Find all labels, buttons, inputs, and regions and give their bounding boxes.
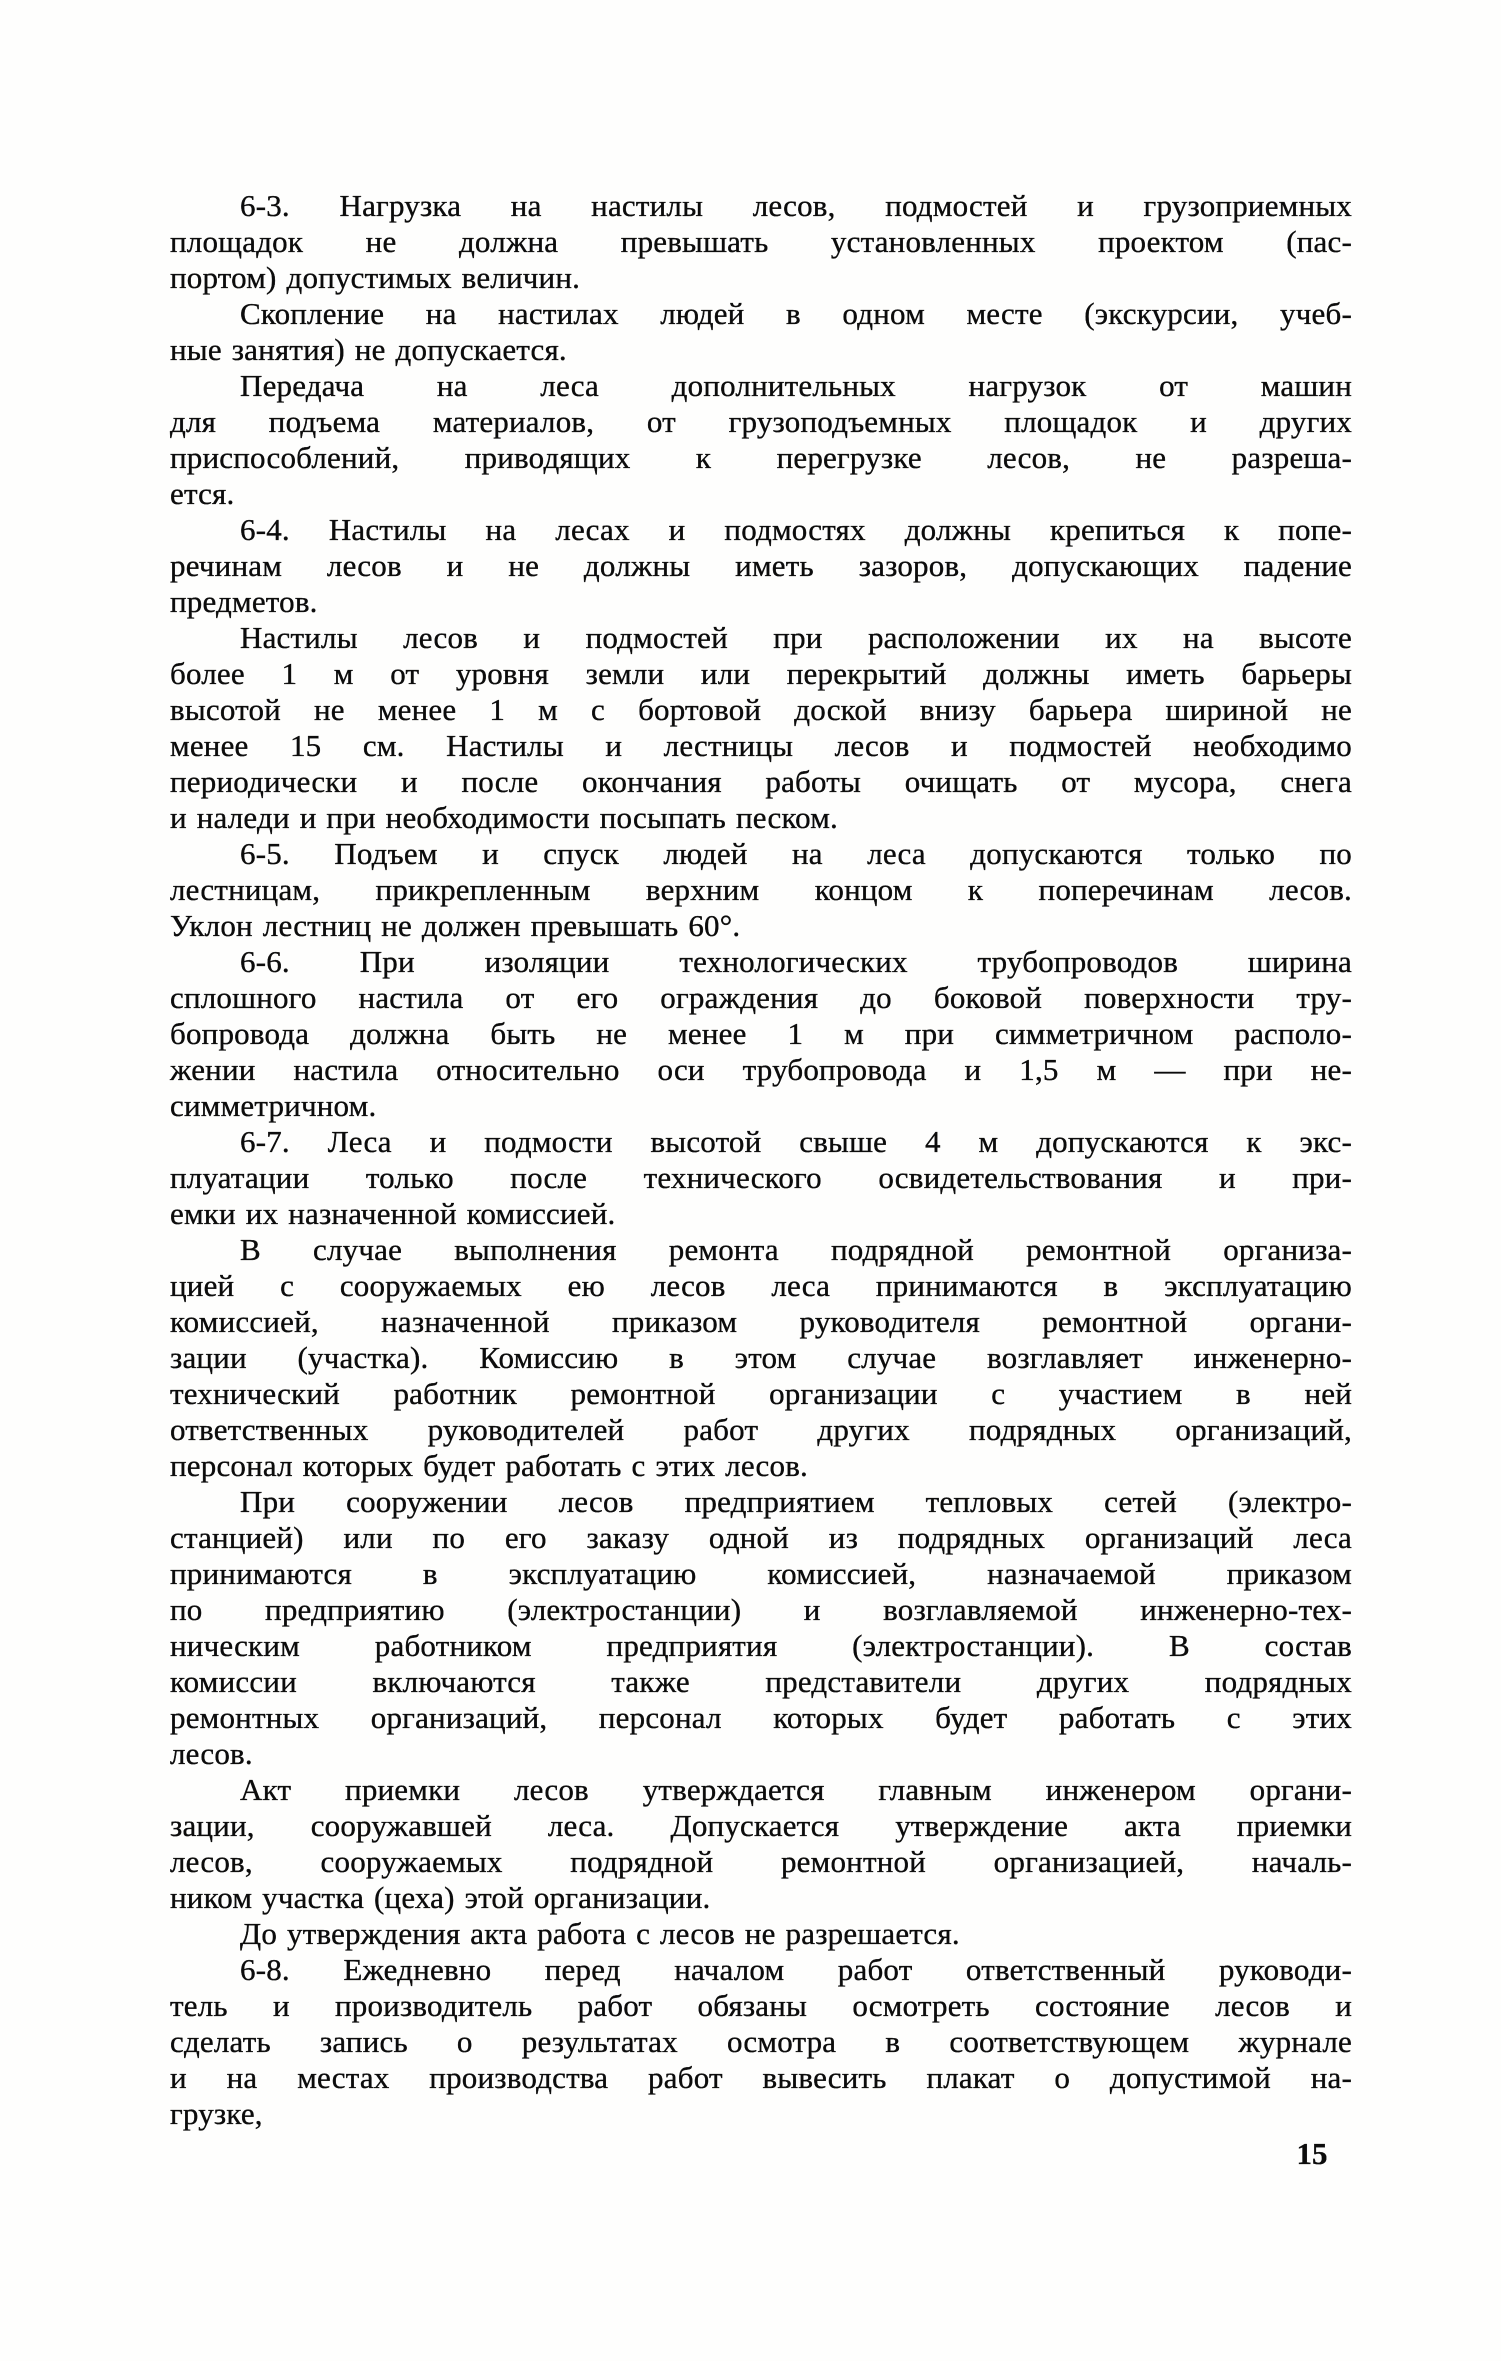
text-line: лестницам, прикрепленным верхним концом … (170, 872, 1352, 908)
text-line: Акт приемки лесов утверждается главным и… (170, 1772, 1352, 1808)
text-line: ответственных руководителей работ других… (170, 1412, 1352, 1448)
text-line: 6-8. Ежедневно перед началом работ ответ… (170, 1952, 1352, 1988)
text-line: жении настила относительно оси трубопров… (170, 1052, 1352, 1088)
text-line: комиссии включаются также представители … (170, 1664, 1352, 1700)
text-line: зации (участка). Комиссию в этом случае … (170, 1340, 1352, 1376)
text-line: станцией) или по его заказу одной из под… (170, 1520, 1352, 1556)
text-line: лесов. (170, 1736, 1352, 1772)
text-line: речинам лесов и не должны иметь зазоров,… (170, 548, 1352, 584)
text-line: симметричном. (170, 1088, 1352, 1124)
text-line: ремонтных организаций, персонал которых … (170, 1700, 1352, 1736)
text-line: и наледи и при необходимости посыпать пе… (170, 800, 1352, 836)
text-line: Скопление на настилах людей в одном мест… (170, 296, 1352, 332)
text-line: и на местах производства работ вывесить … (170, 2060, 1352, 2096)
text-line: более 1 м от уровня земли или перекрытий… (170, 656, 1352, 692)
text-line: грузке, (170, 2096, 1352, 2132)
text-line: До утверждения акта работа с лесов не ра… (170, 1916, 1352, 1952)
text-line: 6-4. Настилы на лесах и подмостях должны… (170, 512, 1352, 548)
text-line: технический работник ремонтной организац… (170, 1376, 1352, 1412)
text-line: ническим работником предприятия (электро… (170, 1628, 1352, 1664)
text-line: зации, сооружавшей леса. Допускается утв… (170, 1808, 1352, 1844)
text-line: Настилы лесов и подмостей при расположен… (170, 620, 1352, 656)
text-line: Уклон лестниц не должен превышать 60°. (170, 908, 1352, 944)
body-text: 6-3. Нагрузка на настилы лесов, подмосте… (170, 188, 1352, 2132)
text-line: 6-3. Нагрузка на настилы лесов, подмосте… (170, 188, 1352, 224)
page-number: 15 (1282, 2136, 1342, 2172)
text-line: комиссией, назначенной приказом руководи… (170, 1304, 1352, 1340)
document-page: 6-3. Нагрузка на настилы лесов, подмосте… (0, 0, 1501, 2361)
text-line: площадок не должна превышать установленн… (170, 224, 1352, 260)
text-line: принимаются в эксплуатацию комиссией, на… (170, 1556, 1352, 1592)
text-line: Передача на леса дополнительных нагрузок… (170, 368, 1352, 404)
text-line: ется. (170, 476, 1352, 512)
text-line: для подъема материалов, от грузоподъемны… (170, 404, 1352, 440)
text-line: персонал которых будет работать с этих л… (170, 1448, 1352, 1484)
text-line: приспособлений, приводящих к перегрузке … (170, 440, 1352, 476)
text-line: портом) допустимых величин. (170, 260, 1352, 296)
text-line: В случае выполнения ремонта подрядной ре… (170, 1232, 1352, 1268)
text-line: сделать запись о результатах осмотра в с… (170, 2024, 1352, 2060)
text-line: высотой не менее 1 м с бортовой доской в… (170, 692, 1352, 728)
text-line: 6-7. Леса и подмости высотой свыше 4 м д… (170, 1124, 1352, 1160)
text-line: менее 15 см. Настилы и лестницы лесов и … (170, 728, 1352, 764)
text-line: При сооружении лесов предприятием теплов… (170, 1484, 1352, 1520)
text-line: тель и производитель работ обязаны осмот… (170, 1988, 1352, 2024)
text-line: периодически и после окончания работы оч… (170, 764, 1352, 800)
text-line: сплошного настила от его ограждения до б… (170, 980, 1352, 1016)
text-line: плуатации только после технического осви… (170, 1160, 1352, 1196)
text-line: по предприятию (электростанции) и возгла… (170, 1592, 1352, 1628)
text-line: 6-6. При изоляции технологических трубоп… (170, 944, 1352, 980)
text-line: 6-5. Подъем и спуск людей на леса допуск… (170, 836, 1352, 872)
text-line: лесов, сооружаемых подрядной ремонтной о… (170, 1844, 1352, 1880)
text-line: предметов. (170, 584, 1352, 620)
text-line: цией с сооружаемых ею лесов леса принима… (170, 1268, 1352, 1304)
text-line: ником участка (цеха) этой организации. (170, 1880, 1352, 1916)
text-line: емки их назначенной комиссией. (170, 1196, 1352, 1232)
text-line: ные занятия) не допускается. (170, 332, 1352, 368)
text-line: бопровода должна быть не менее 1 м при с… (170, 1016, 1352, 1052)
